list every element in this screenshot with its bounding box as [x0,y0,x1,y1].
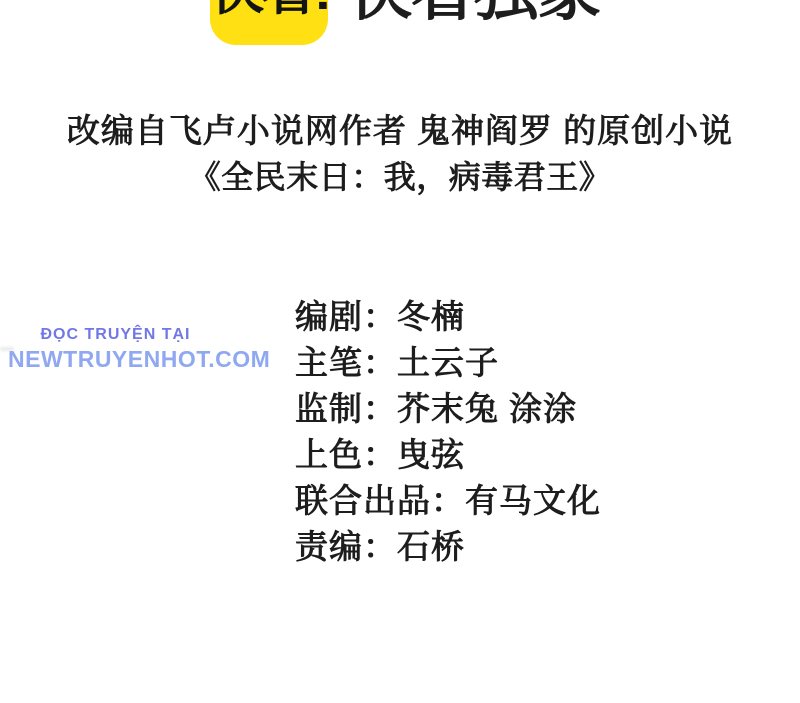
site-watermark: ĐỌC TRUYỆN TẠI NEWTRUYENHOT.COM [8,326,223,373]
watermark-site-url: NEWTRUYENHOT.COM [8,346,223,373]
credit-line-supervisor: 监制：芥末兔 涂涂 [295,386,601,432]
credit-line-screenwriter: 编剧：冬楠 [295,294,601,340]
credits-list: 编剧：冬楠 主笔：土云子 监制：芥末兔 涂涂 上色：曳弦 联合出品：有马文化 责… [295,294,601,570]
credit-line-lead-artist: 主笔：土云子 [295,340,601,386]
credit-line-editor: 责编：石桥 [295,524,601,570]
adaptation-credit-line: 改编自飞卢小说网作者 鬼神阎罗 的原创小说 [0,105,800,152]
kuaikan-logo-text: 快看! [210,0,328,18]
comic-credits-page: { "page": { "background_color": "#ffffff… [0,0,800,703]
brand-wordmark: 快看独家 [348,0,600,24]
watermark-tagline: ĐỌC TRUYỆN TẠI [8,326,223,344]
edge-artifact [0,347,14,351]
credit-line-colorist: 上色：曳弦 [295,432,601,478]
novel-title: 《全民末日：我，病毒君王》 [0,152,800,198]
kuaikan-logo: 快看! [210,0,328,45]
credit-line-co-producer: 联合出品：有马文化 [295,478,601,524]
